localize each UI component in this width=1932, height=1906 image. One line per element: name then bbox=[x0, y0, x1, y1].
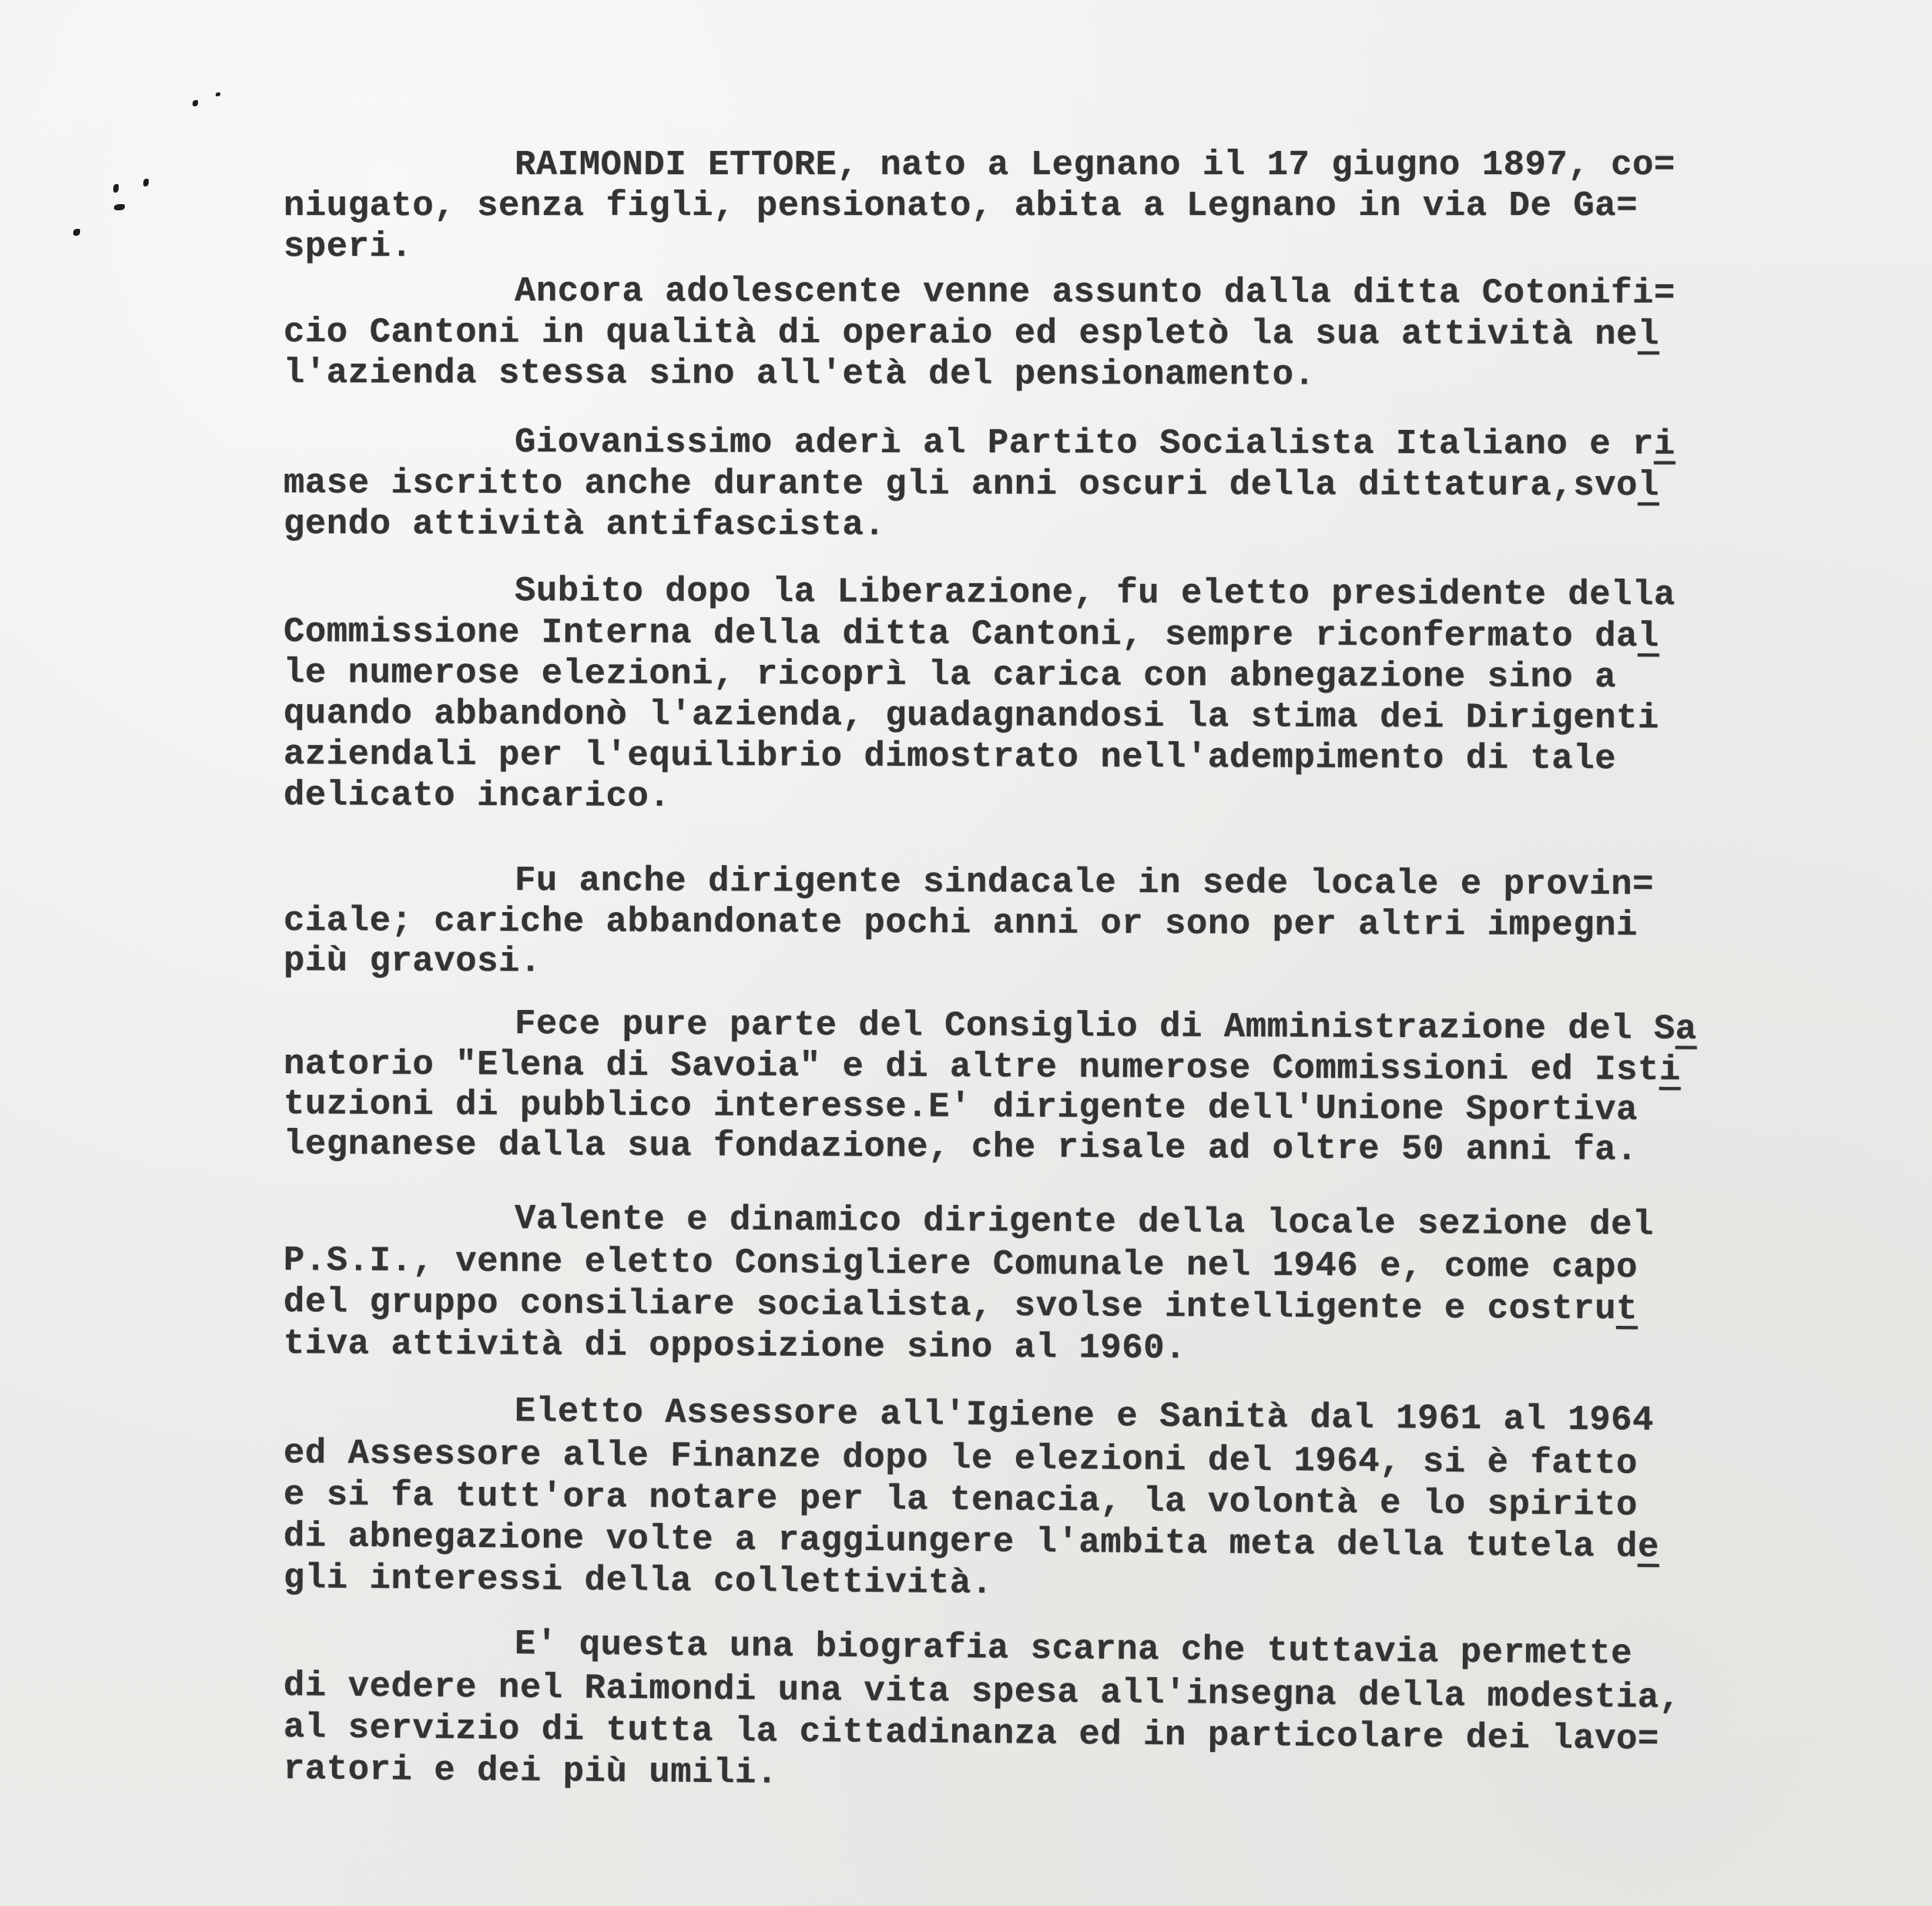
bleed-through-ghost-text: ​ bbox=[69, 77, 193, 239]
typed-line: le numerose elezioni, ricoprì la carica … bbox=[283, 653, 1616, 697]
underlined-hyphen-letter: i bbox=[1659, 1050, 1681, 1090]
typed-line: Commissione Interna della ditta Cantoni,… bbox=[283, 612, 1659, 656]
typed-line: delicato incarico. bbox=[283, 775, 670, 817]
line-text: le numerose elezioni, ricoprì la carica … bbox=[283, 653, 1616, 697]
typed-line: Fu anche dirigente sindacale in sede loc… bbox=[515, 861, 1654, 904]
line-text: Fece pure parte del Consiglio di Amminis… bbox=[515, 1004, 1675, 1049]
line-text: RAIMONDI ETTORE, nato a Legnano il 17 gi… bbox=[515, 145, 1675, 185]
line-text: legnanese dalla sua fondazione, che risa… bbox=[283, 1124, 1638, 1170]
ink-speck bbox=[193, 100, 198, 106]
underlined-hyphen-letter: a bbox=[1675, 1009, 1697, 1049]
underlined-hyphen-letter: t bbox=[1616, 1289, 1638, 1329]
line-text: tuzioni di pubblico interesse.E' dirigen… bbox=[283, 1084, 1638, 1130]
typed-line: l'azienda stessa sino all'età del pensio… bbox=[283, 353, 1316, 394]
typed-line: speri. bbox=[283, 227, 412, 267]
typed-line: più gravosi. bbox=[283, 941, 542, 982]
line-text: l'azienda stessa sino all'età del pensio… bbox=[283, 353, 1316, 394]
underlined-hyphen-letter: i bbox=[1654, 424, 1675, 465]
typed-line: mase iscritto anche durante gli anni osc… bbox=[283, 463, 1659, 505]
line-text: ciale; cariche abbandonate pochi anni or… bbox=[283, 901, 1638, 945]
typed-line: del gruppo consiliare socialista, svolse… bbox=[283, 1282, 1638, 1329]
line-text: tiva attività di opposizione sino al 196… bbox=[283, 1324, 1186, 1368]
document-page: ​ RAIMONDI ETTORE, nato a Legnano il 17 … bbox=[0, 0, 1932, 1906]
line-text: Giovanissimo aderì al Partito Socialista… bbox=[515, 422, 1654, 465]
typed-line: RAIMONDI ETTORE, nato a Legnano il 17 gi… bbox=[515, 145, 1675, 185]
line-text: delicato incarico. bbox=[283, 775, 670, 817]
typed-line: E' questa una biografia scarna che tutta… bbox=[515, 1624, 1632, 1674]
typed-line: cio Cantoni in qualità di operaio ed esp… bbox=[283, 312, 1659, 354]
line-text: Commissione Interna della ditta Cantoni,… bbox=[283, 612, 1638, 656]
typed-line: Eletto Assessore all'Igiene e Sanità dal… bbox=[515, 1391, 1654, 1441]
line-text: Fu anche dirigente sindacale in sede loc… bbox=[515, 861, 1654, 904]
typed-line: Fece pure parte del Consiglio di Amminis… bbox=[515, 1004, 1697, 1049]
ink-speck bbox=[73, 229, 80, 236]
typed-line: tiva attività di opposizione sino al 196… bbox=[283, 1324, 1186, 1368]
typed-line: Subito dopo la Liberazione, fu eletto pr… bbox=[515, 571, 1675, 615]
underlined-hyphen-letter: e bbox=[1638, 1527, 1659, 1567]
typed-line: tuzioni di pubblico interesse.E' dirigen… bbox=[283, 1084, 1638, 1130]
line-text: E' questa una biografia scarna che tutta… bbox=[515, 1624, 1632, 1674]
typed-line: Valente e dinamico dirigente della local… bbox=[515, 1199, 1654, 1245]
line-text: Eletto Assessore all'Igiene e Sanità dal… bbox=[515, 1391, 1654, 1441]
line-text: natorio "Elena di Savoia" e di altre num… bbox=[283, 1044, 1659, 1090]
typed-line: quando abbandonò l'azienda, guadagnandos… bbox=[283, 693, 1659, 738]
line-text: P.S.I., venne eletto Consigliere Comunal… bbox=[283, 1240, 1638, 1287]
typed-line: gendo attività antifascista. bbox=[283, 504, 885, 545]
typed-line: Ancora adolescente venne assunto dalla d… bbox=[515, 271, 1675, 314]
line-text: più gravosi. bbox=[283, 941, 542, 982]
line-text: Ancora adolescente venne assunto dalla d… bbox=[515, 271, 1675, 314]
typed-line: niugato, senza figli, pensionato, abita … bbox=[283, 186, 1638, 226]
typed-line: Giovanissimo aderì al Partito Socialista… bbox=[515, 422, 1675, 465]
line-text: quando abbandonò l'azienda, guadagnandos… bbox=[283, 693, 1659, 738]
ink-speck bbox=[113, 184, 119, 193]
line-text: Subito dopo la Liberazione, fu eletto pr… bbox=[515, 571, 1675, 615]
typed-line: aziendali per l'equilibrio dimostrato ne… bbox=[283, 734, 1616, 779]
line-text: mase iscritto anche durante gli anni osc… bbox=[283, 463, 1638, 505]
underlined-hyphen-letter: l bbox=[1638, 616, 1659, 656]
typed-line: gli interessi della collettività. bbox=[283, 1558, 993, 1603]
underlined-hyphen-letter: l bbox=[1638, 465, 1659, 505]
line-text: niugato, senza figli, pensionato, abita … bbox=[283, 186, 1638, 226]
line-text: speri. bbox=[283, 227, 412, 267]
typed-line: legnanese dalla sua fondazione, che risa… bbox=[283, 1124, 1638, 1170]
line-text: del gruppo consiliare socialista, svolse… bbox=[283, 1282, 1616, 1329]
typed-line: ratori e dei più umili. bbox=[283, 1749, 778, 1794]
typed-line: ciale; cariche abbandonate pochi anni or… bbox=[283, 901, 1638, 945]
ink-speck bbox=[216, 92, 220, 96]
typed-line: P.S.I., venne eletto Consigliere Comunal… bbox=[283, 1240, 1638, 1287]
line-text: cio Cantoni in qualità di operaio ed esp… bbox=[283, 312, 1638, 354]
line-text: gli interessi della collettività. bbox=[283, 1558, 993, 1603]
ink-speck bbox=[114, 204, 125, 210]
line-text: Valente e dinamico dirigente della local… bbox=[515, 1199, 1654, 1245]
line-text: gendo attività antifascista. bbox=[283, 504, 885, 545]
ink-speck bbox=[143, 179, 149, 186]
typed-line: natorio "Elena di Savoia" e di altre num… bbox=[283, 1044, 1681, 1090]
line-text: ratori e dei più umili. bbox=[283, 1749, 778, 1794]
line-text: aziendali per l'equilibrio dimostrato ne… bbox=[283, 734, 1616, 779]
underlined-hyphen-letter: l bbox=[1638, 314, 1659, 354]
